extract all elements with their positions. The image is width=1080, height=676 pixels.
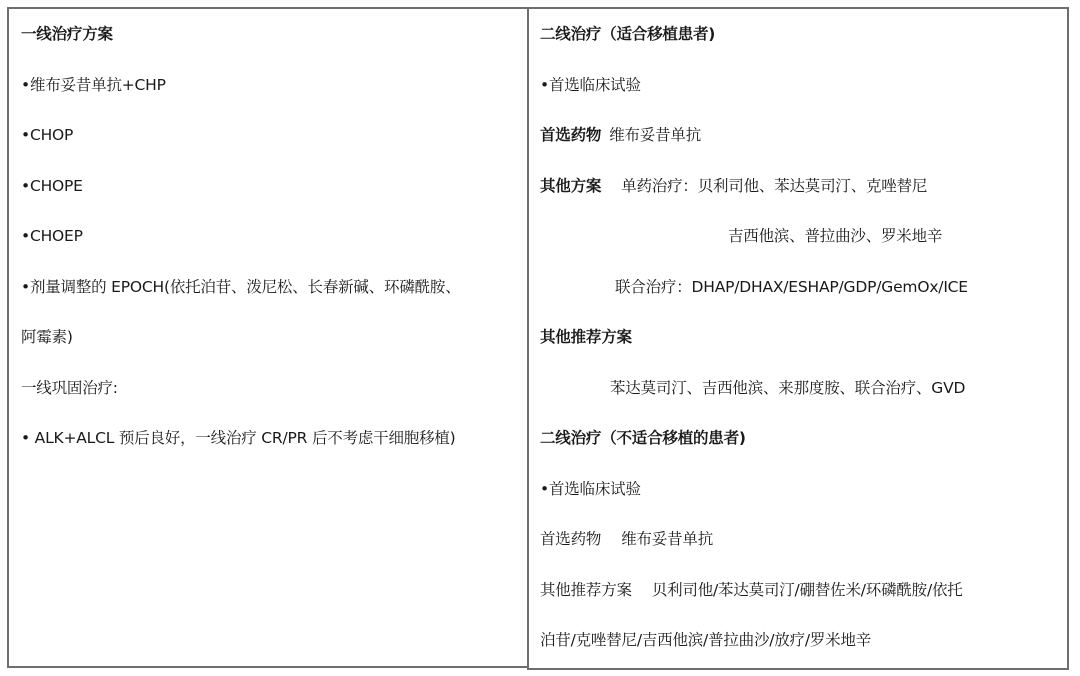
- preferred-drug-row: 首选药物维布妥昔单抗: [540, 528, 1061, 579]
- single-agent-line-continued: 吉西他滨、普拉曲沙、罗米地辛: [540, 225, 1061, 276]
- first-line-item: •维布妥昔单抗+CHP: [21, 74, 521, 125]
- second-line-treatment-cell: 二线治疗（适合移植患者) •首选临床试验 首选药物维布妥昔单抗 其他方案单药治疗…: [527, 7, 1069, 670]
- first-line-item-continued: 阿霉素): [21, 326, 521, 377]
- clinical-trial-item: •首选临床试验: [540, 478, 1061, 529]
- first-line-item: •CHOPE: [21, 175, 521, 226]
- first-line-treatment-cell: 一线治疗方案 •维布妥昔单抗+CHP •CHOP •CHOPE •CHOEP •…: [7, 7, 529, 668]
- other-recommended-value: 苯达莫司汀、吉西他滨、来那度胺、联合治疗、GVD: [540, 377, 1061, 428]
- second-line-transplant-heading: 二线治疗（适合移植患者): [540, 23, 1061, 74]
- preferred-drug-label: 首选药物: [540, 530, 601, 548]
- treatment-table: 一线治疗方案 •维布妥昔单抗+CHP •CHOP •CHOPE •CHOEP •…: [7, 7, 1069, 668]
- preferred-drug-value: 维布妥昔单抗: [609, 126, 701, 144]
- combination-therapy-line: 联合治疗：DHAP/DHAX/ESHAP/GDP/GemOx/ICE: [540, 276, 1061, 327]
- other-recommended-continued: 泊苷/克唑替尼/吉西他滨/普拉曲沙/放疗/罗米地辛: [540, 629, 1061, 676]
- other-recommended-label: 其他推荐方案: [540, 581, 632, 599]
- preferred-drug-row: 首选药物维布妥昔单抗: [540, 124, 1061, 175]
- single-agent-line: 单药治疗：贝利司他、苯达莫司汀、克唑替尼: [621, 177, 927, 195]
- first-line-item: •剂量调整的 EPOCH(依托泊苷、泼尼松、长春新碱、环磷酰胺、: [21, 276, 521, 327]
- other-regimen-row: 其他方案单药治疗：贝利司他、苯达莫司汀、克唑替尼: [540, 175, 1061, 226]
- preferred-drug-value: 维布妥昔单抗: [621, 530, 713, 548]
- first-line-heading: 一线治疗方案: [21, 23, 521, 74]
- consolidation-label: 一线巩固治疗:: [21, 377, 521, 428]
- other-recommended-value: 贝利司他/苯达莫司汀/硼替佐米/环磷酰胺/依托: [652, 581, 963, 599]
- other-recommended-row: 其他推荐方案贝利司他/苯达莫司汀/硼替佐米/环磷酰胺/依托: [540, 579, 1061, 630]
- clinical-trial-item: •首选临床试验: [540, 74, 1061, 125]
- other-regimen-label: 其他方案: [540, 177, 601, 195]
- consolidation-item: • ALK+ALCL 预后良好，一线治疗 CR/PR 后不考虑干细胞移植): [21, 427, 521, 478]
- first-line-item: •CHOP: [21, 124, 521, 175]
- preferred-drug-label: 首选药物: [540, 126, 601, 144]
- other-recommended-heading: 其他推荐方案: [540, 326, 1061, 377]
- first-line-item: •CHOEP: [21, 225, 521, 276]
- second-line-non-transplant-heading: 二线治疗（不适合移植的患者): [540, 427, 1061, 478]
